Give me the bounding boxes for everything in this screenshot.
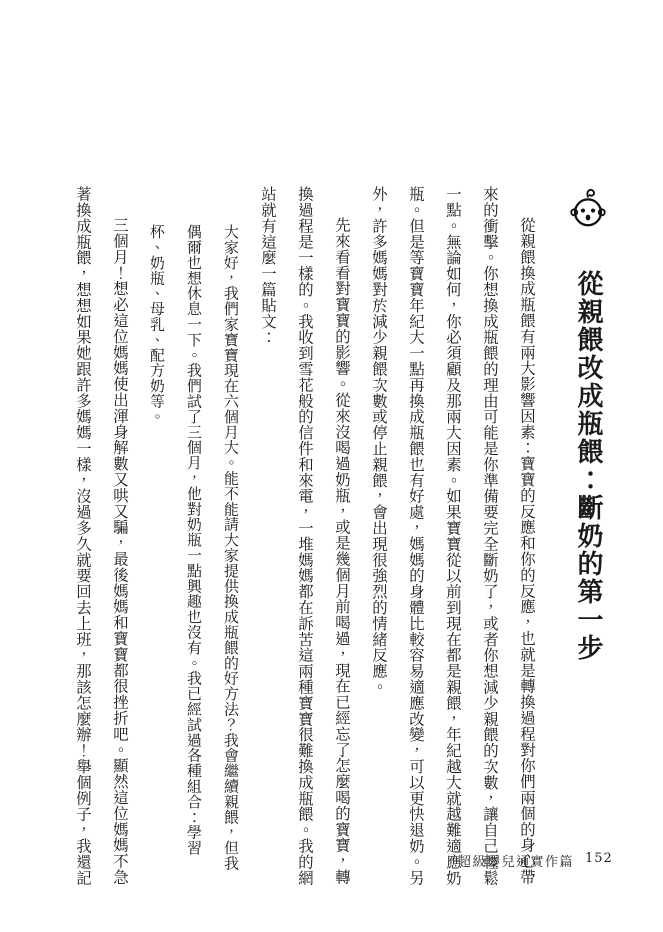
paragraph-1: 從親餵換成瓶餵有兩大影響因素：寶寶的反應和你的反應，也就是轉換過程對你們兩個的身…: [360, 186, 545, 886]
footer-book-series: 超級嬰兒通實作篇: [458, 851, 574, 870]
chapter-title-text: 從親餵改成瓶餵：斷奶的第一步: [573, 270, 603, 662]
page-footer: 超級嬰兒通實作篇 152: [0, 851, 663, 871]
paragraph-2: 先來看看對寶寶的影響。從來沒喝過奶瓶，或是幾個月前喝過，現在已經忘了怎麼喝的寶寶…: [249, 186, 360, 886]
chapter-title: 從親餵改成瓶餵：斷奶的第一步: [565, 186, 611, 886]
vertical-text-area: 從親餵改成瓶餵：斷奶的第一步 從親餵換成瓶餵有兩大影響因素：寶寶的反應和你的反應…: [64, 186, 611, 886]
baby-face-icon: [565, 186, 611, 230]
quoted-post: 大家好，我們家寶寶現在六個月大。能不能請大家提供換成瓶餵的好方法？我會繼續親餵，…: [138, 186, 249, 886]
footer-page-number: 152: [585, 851, 613, 866]
paragraph-3: 三個月！想必這位媽媽使出渾身解數又哄又騙，最後媽媽和寶寶都很挫折吧。顯然這位媽媽…: [64, 186, 138, 886]
book-page: 從親餵改成瓶餵：斷奶的第一步 從親餵換成瓶餵有兩大影響因素：寶寶的反應和你的反應…: [0, 0, 663, 932]
